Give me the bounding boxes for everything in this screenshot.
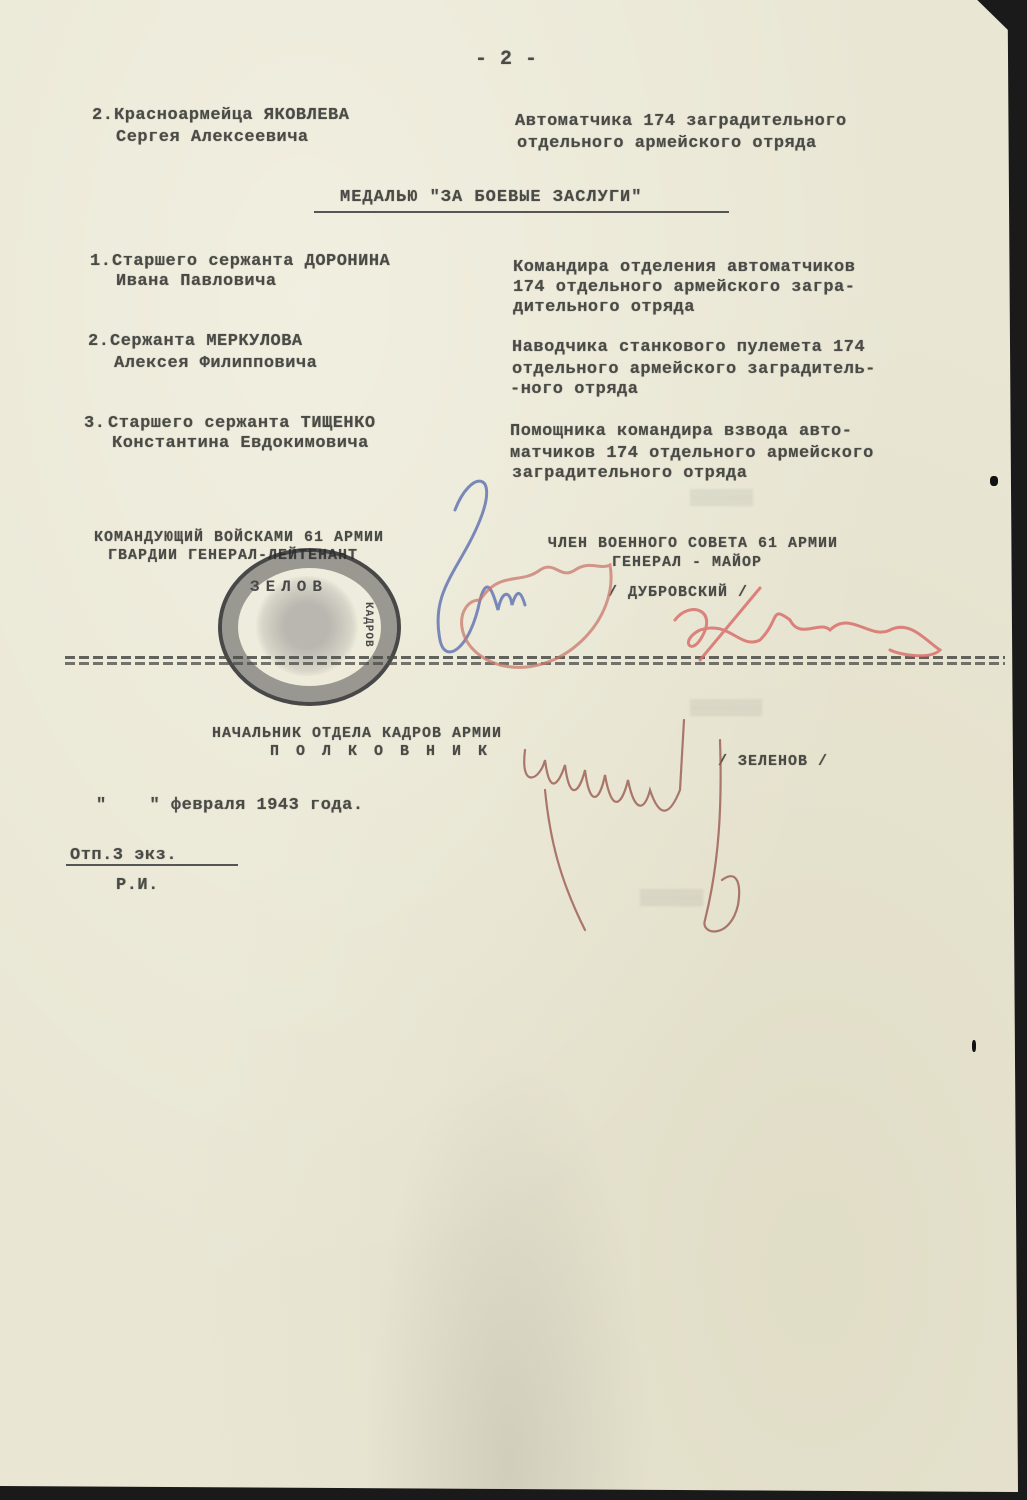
binder-hole-mark (972, 1040, 976, 1052)
red-loop-signature (462, 565, 612, 667)
brown-signature (524, 720, 739, 931)
red-signature (675, 588, 940, 660)
binder-hole-mark (990, 476, 998, 486)
document-page: - 2 - 2. Красноармейца ЯКОВЛЕВА Сергея А… (0, 0, 1018, 1492)
blue-signature (438, 481, 525, 652)
handwritten-signatures (0, 0, 1018, 1000)
